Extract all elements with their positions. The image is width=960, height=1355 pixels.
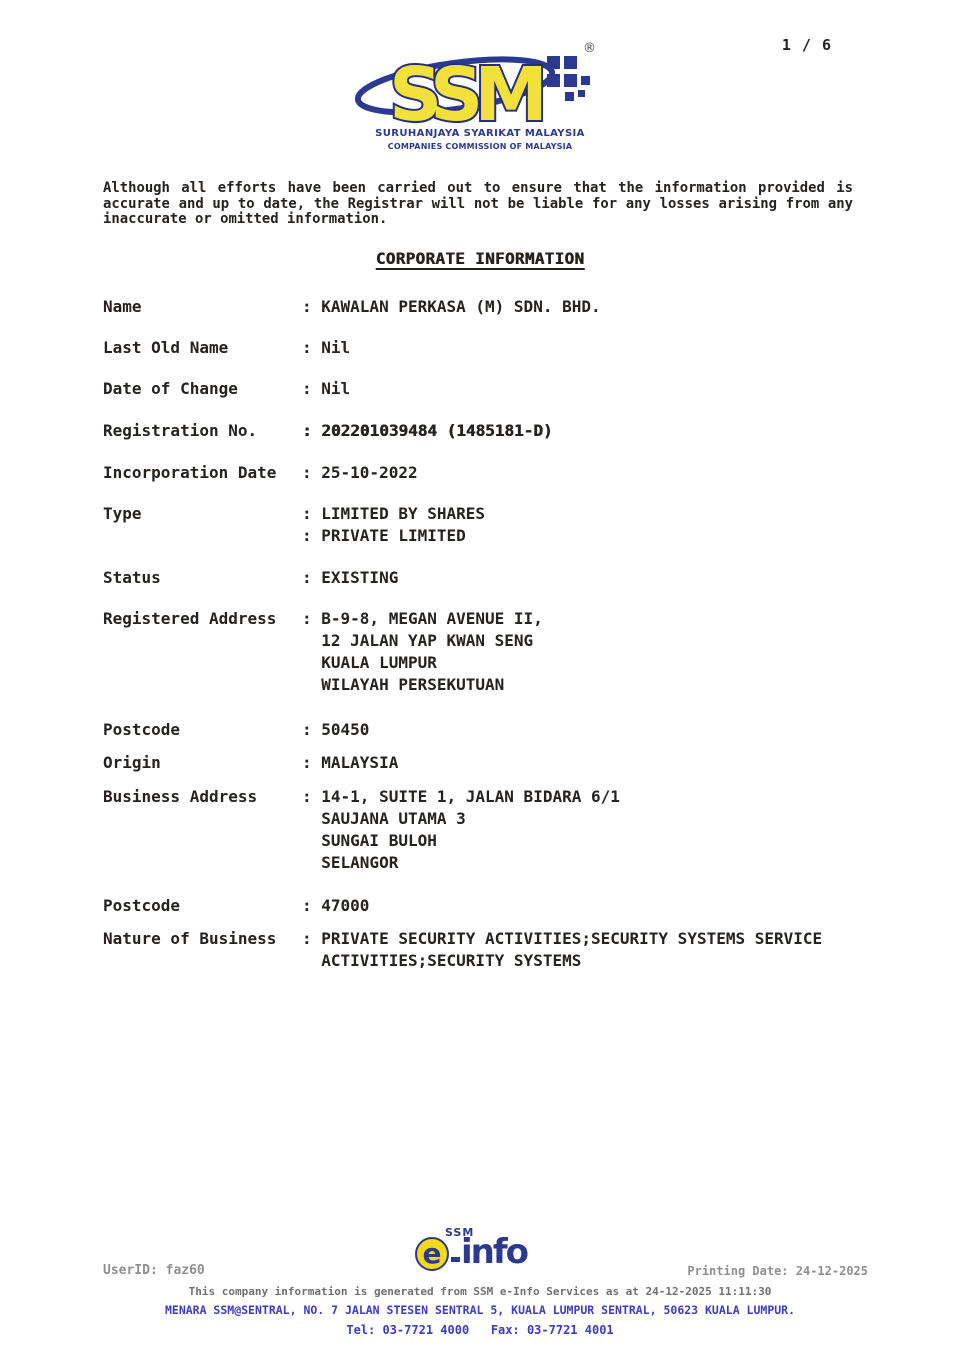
- field-value: : 202201039484 (1485181-D): [302, 420, 863, 442]
- field-label: Postcode: [103, 719, 302, 741]
- field-label: Type: [103, 503, 302, 547]
- field-value: : KAWALAN PERKASA (M) SDN. BHD.: [302, 296, 863, 318]
- field-label: Nature of Business: [103, 928, 302, 972]
- page-number: 1 / 6: [782, 36, 832, 54]
- field-value: : 14-1, SUITE 1, JALAN BIDARA 6/1 SAUJAN…: [302, 786, 863, 874]
- einfo-info-label: info: [461, 1235, 527, 1269]
- field-value: : 47000: [302, 895, 863, 917]
- corporate-information-fields: Name : KAWALAN PERKASA (M) SDN. BHD. Las…: [103, 296, 863, 972]
- field-row-type: Type : LIMITED BY SHARES : PRIVATE LIMIT…: [103, 503, 863, 547]
- field-value: : Nil: [302, 337, 863, 359]
- field-label: Origin: [103, 752, 302, 774]
- footer-contact: Tel: 03-7721 4000 Fax: 03-7721 4001: [0, 1323, 960, 1337]
- ssm-logo-icon: SSM ®: [355, 40, 605, 132]
- field-row-nature-of-business: Nature of Business : PRIVATE SECURITY AC…: [103, 928, 863, 972]
- footer-printing-date: Printing Date: 24-12-2025: [687, 1264, 868, 1278]
- field-value: : B-9-8, MEGAN AVENUE II, 12 JALAN YAP K…: [302, 608, 863, 696]
- field-value: : MALAYSIA: [302, 752, 863, 774]
- footer-user-id: UserID: faz60: [103, 1263, 205, 1278]
- field-value: : Nil: [302, 378, 863, 400]
- field-row-last-old-name: Last Old Name : Nil: [103, 337, 863, 359]
- field-row-date-of-change: Date of Change : Nil: [103, 378, 863, 400]
- field-label: Last Old Name: [103, 337, 302, 359]
- ssm-logo: SSM ® SURUHANJAYA SYARIKAT MALAYSIA COMP…: [350, 40, 610, 151]
- field-label: Status: [103, 567, 302, 589]
- field-value: : PRIVATE SECURITY ACTIVITIES;SECURITY S…: [302, 928, 863, 972]
- org-name-english: COMPANIES COMMISSION OF MALAYSIA: [350, 142, 610, 151]
- org-name-malay: SURUHANJAYA SYARIKAT MALAYSIA: [350, 128, 610, 139]
- field-row-registered-address: Registered Address : B-9-8, MEGAN AVENUE…: [103, 608, 863, 696]
- field-label: Incorporation Date: [103, 462, 302, 484]
- field-row-registration-no: Registration No. : 202201039484 (1485181…: [103, 420, 863, 442]
- field-value: : 25-10-2022: [302, 462, 863, 484]
- field-row-business-address: Business Address : 14-1, SUITE 1, JALAN …: [103, 786, 863, 874]
- einfo-dash: [451, 1257, 460, 1262]
- svg-text:SSM: SSM: [389, 52, 541, 132]
- footer-generated-note: This company information is generated fr…: [0, 1285, 960, 1298]
- field-label: Name: [103, 296, 302, 318]
- field-row-status: Status : EXISTING: [103, 567, 863, 589]
- document-title: CORPORATE INFORMATION: [0, 249, 960, 268]
- field-row-postcode-business: Postcode : 47000: [103, 895, 863, 917]
- field-row-incorporation-date: Incorporation Date : 25-10-2022: [103, 462, 863, 484]
- field-label: Date of Change: [103, 378, 302, 400]
- einfo-logo-icon: SSM e info: [415, 1226, 545, 1282]
- field-value: : 50450: [302, 719, 863, 741]
- field-value: : EXISTING: [302, 567, 863, 589]
- field-label: Registered Address: [103, 608, 302, 696]
- footer-address: MENARA SSM@SENTRAL, NO. 7 JALAN STESEN S…: [0, 1303, 960, 1317]
- field-row-postcode-registered: Postcode : 50450: [103, 719, 863, 741]
- field-label: Postcode: [103, 895, 302, 917]
- disclaimer-text: Although all efforts have been carried o…: [103, 181, 853, 228]
- field-label: Business Address: [103, 786, 302, 874]
- field-row-name: Name : KAWALAN PERKASA (M) SDN. BHD.: [103, 296, 863, 318]
- field-value: : LIMITED BY SHARES : PRIVATE LIMITED: [302, 503, 863, 547]
- svg-text:®: ®: [583, 41, 596, 56]
- field-label: Registration No.: [103, 420, 302, 442]
- einfo-e-circle: e: [415, 1237, 449, 1271]
- document-page: 1 / 6 SSM ® SURUHANJAYA SYARIKAT MALAYSI…: [0, 0, 960, 1355]
- field-row-origin: Origin : MALAYSIA: [103, 752, 863, 774]
